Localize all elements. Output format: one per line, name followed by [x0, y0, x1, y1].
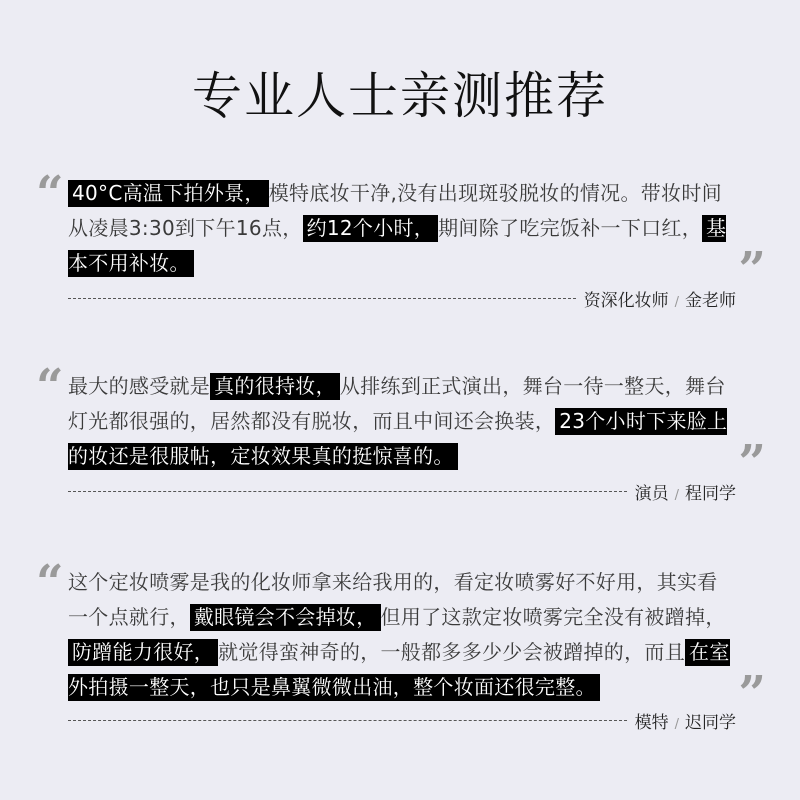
author-role: 演员	[635, 484, 669, 504]
testimonial-footer: 演员/程同学	[68, 479, 736, 503]
highlight-text: 40°C高温下拍外景，	[68, 180, 269, 207]
separator: /	[675, 488, 679, 503]
plain-text: 最大的感受就是	[68, 374, 210, 398]
open-quote-icon: “	[36, 559, 64, 607]
plain-text: 但用了这款定妆喷雾完全没有被蹭掉，	[381, 605, 726, 629]
plain-text: 期间除了吃完饭补一下口红，	[438, 216, 702, 240]
author-label: 模特/迟同学	[635, 708, 736, 733]
testimonial-text: 40°C高温下拍外景，模特底妆干净,没有出现斑驳脱妆的情况。带妆时间从凌晨3:3…	[68, 176, 736, 281]
testimonial-text: 最大的感受就是真的很持妆，从排练到正式演出，舞台一待一整天，舞台灯光都很强的，居…	[68, 369, 736, 474]
close-quote-icon: ”	[738, 246, 766, 294]
testimonial-1: “ 40°C高温下拍外景，模特底妆干净,没有出现斑驳脱妆的情况。带妆时间从凌晨3…	[36, 176, 766, 306]
dashed-divider	[68, 298, 576, 299]
highlight-text: 真的很持妆，	[210, 373, 340, 400]
separator: /	[675, 717, 679, 732]
highlight-text: 防蹭能力很好，	[68, 639, 218, 666]
separator: /	[675, 295, 679, 310]
author-name: 迟同学	[685, 713, 736, 733]
close-quote-icon: ”	[738, 670, 766, 718]
author-name: 程同学	[685, 484, 736, 504]
dashed-divider	[68, 720, 627, 721]
testimonial-text: 这个定妆喷雾是我的化妆师拿来给我用的，看定妆喷雾好不好用，其实看一个点就行，戴眼…	[68, 565, 736, 705]
page-title: 专业人士亲测推荐	[0, 56, 800, 136]
testimonial-2: “ 最大的感受就是真的很持妆，从排练到正式演出，舞台一待一整天，舞台灯光都很强的…	[36, 369, 766, 499]
testimonial-footer: 模特/迟同学	[68, 708, 736, 732]
testimonial-3: “ 这个定妆喷雾是我的化妆师拿来给我用的，看定妆喷雾好不好用，其实看一个点就行，…	[36, 565, 766, 735]
author-label: 资深化妆师/金老师	[584, 286, 736, 311]
dashed-divider	[68, 491, 627, 492]
testimonial-footer: 资深化妆师/金老师	[68, 286, 736, 310]
open-quote-icon: “	[36, 170, 64, 218]
author-label: 演员/程同学	[635, 479, 736, 504]
author-role: 模特	[635, 713, 669, 733]
highlight-text: 戴眼镜会不会掉妆，	[190, 604, 381, 631]
highlight-text: 约12个小时，	[303, 215, 439, 242]
author-role: 资深化妆师	[584, 291, 669, 311]
open-quote-icon: “	[36, 363, 64, 411]
author-name: 金老师	[685, 291, 736, 311]
plain-text: 就觉得蛮神奇的，一般都多多少少会被蹭掉的，而且	[218, 640, 685, 664]
close-quote-icon: ”	[738, 439, 766, 487]
